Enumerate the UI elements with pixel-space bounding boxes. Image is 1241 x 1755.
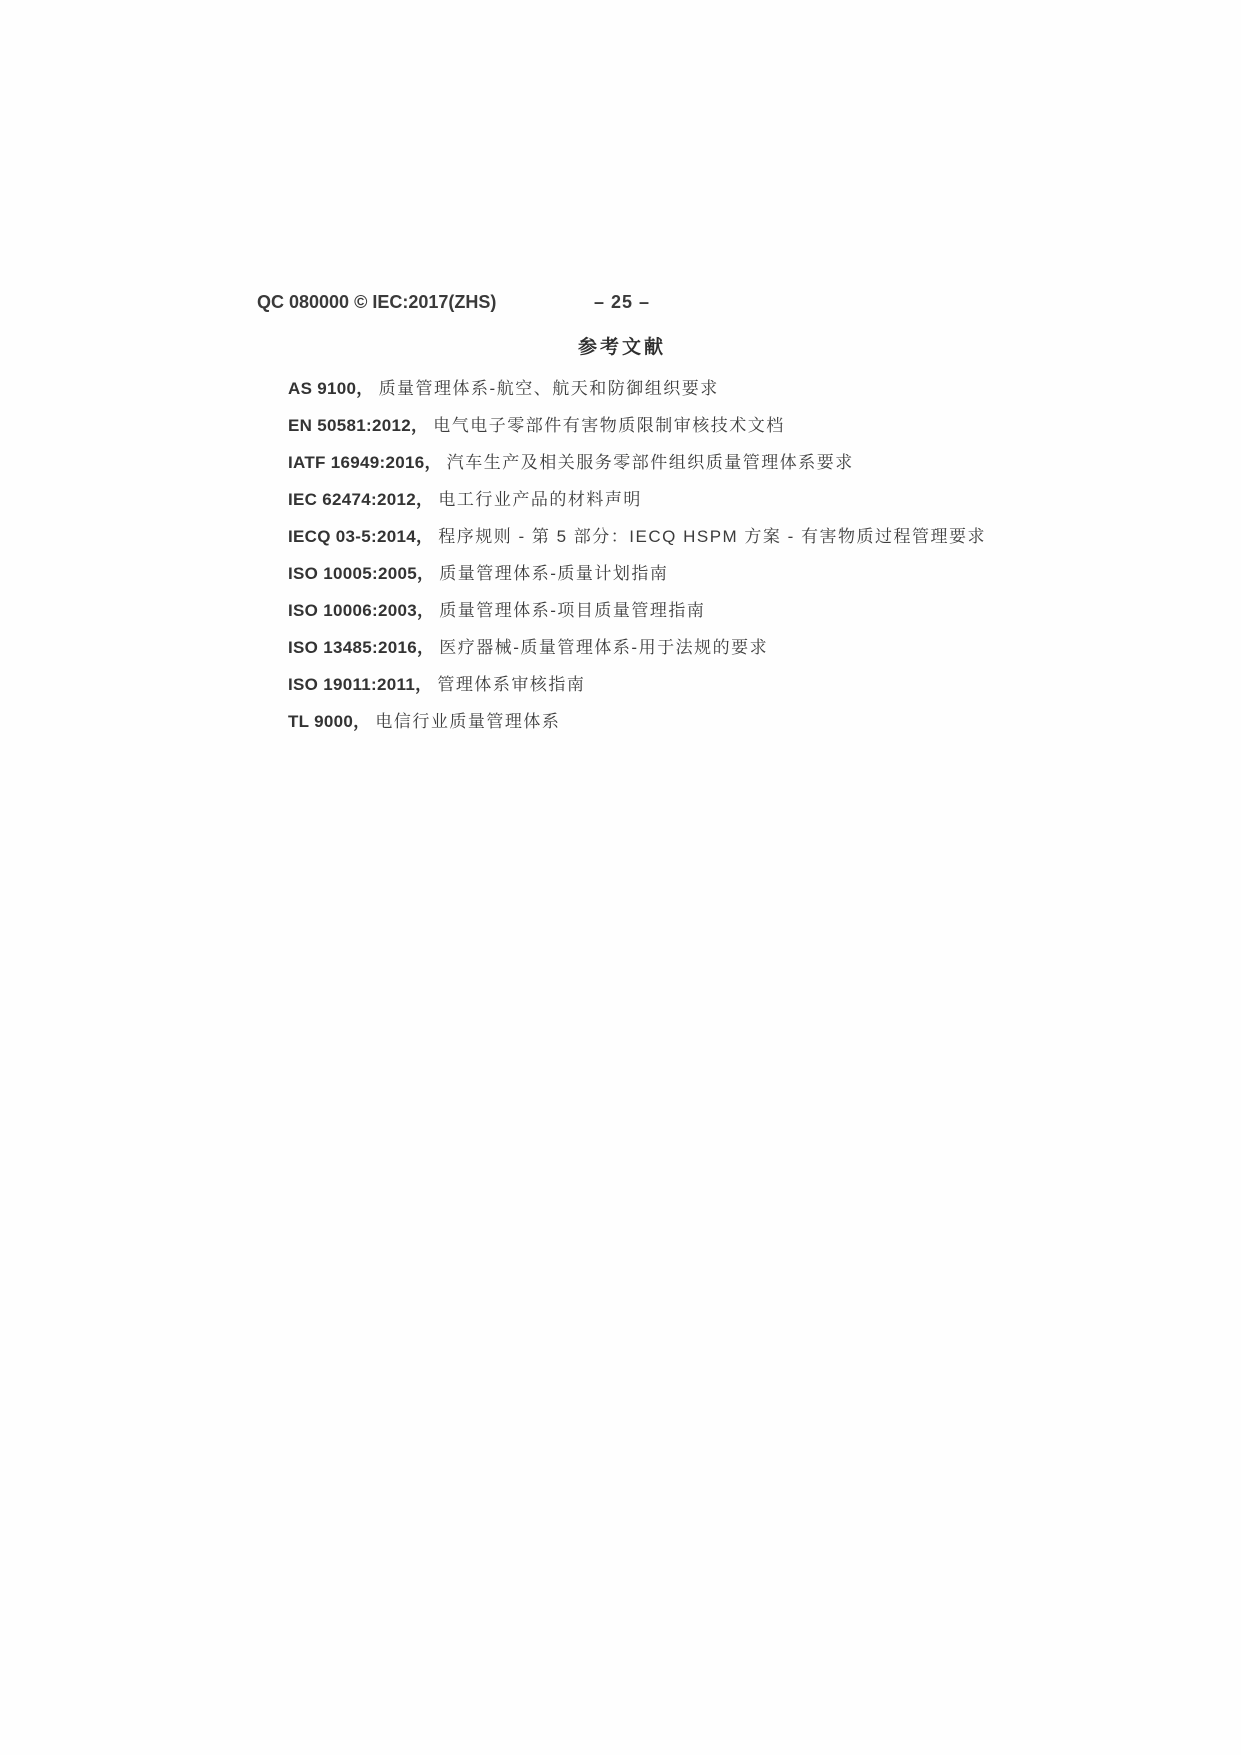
page-number: – 25 – — [257, 291, 987, 313]
reference-designation: ISO 10005:2005， — [288, 564, 434, 583]
reference-item: AS 9100，质量管理体系-航空、航天和防御组织要求 — [288, 370, 1028, 407]
reference-item: IECQ 03-5:2014，程序规则 - 第 5 部分：IECQ HSPM 方… — [288, 518, 1028, 555]
reference-title: 程序规则 - 第 5 部分：IECQ HSPM 方案 - 有害物质过程管理要求 — [438, 527, 986, 546]
reference-designation: IEC 62474:2012， — [288, 490, 433, 509]
reference-item: IEC 62474:2012，电工行业产品的材料声明 — [288, 481, 1028, 518]
reference-designation: ISO 10006:2003， — [288, 601, 434, 620]
reference-item: EN 50581:2012，电气电子零部件有害物质限制审核技术文档 — [288, 407, 1028, 444]
reference-item: ISO 13485:2016，医疗器械-质量管理体系-用于法规的要求 — [288, 629, 1028, 666]
reference-title: 医疗器械-质量管理体系-用于法规的要求 — [439, 638, 768, 657]
reference-designation: ISO 19011:2011， — [288, 675, 432, 694]
reference-list: AS 9100，质量管理体系-航空、航天和防御组织要求 EN 50581:201… — [288, 370, 1028, 740]
reference-title: 质量管理体系-质量计划指南 — [439, 564, 668, 583]
page-header: QC 080000 © IEC:2017(ZHS) – 25 – — [257, 291, 987, 313]
reference-designation: ISO 13485:2016， — [288, 638, 434, 657]
reference-title: 管理体系审核指南 — [437, 675, 585, 694]
section-title: 参考文献 — [257, 337, 987, 359]
reference-title: 电信行业质量管理体系 — [375, 712, 560, 731]
reference-item: ISO 10005:2005，质量管理体系-质量计划指南 — [288, 555, 1028, 592]
reference-designation: IECQ 03-5:2014， — [288, 527, 433, 546]
reference-title: 质量管理体系-航空、航天和防御组织要求 — [379, 379, 719, 398]
reference-designation: EN 50581:2012， — [288, 416, 428, 435]
reference-title: 汽车生产及相关服务零部件组织质量管理体系要求 — [447, 453, 854, 472]
reference-item: ISO 19011:2011，管理体系审核指南 — [288, 666, 1028, 703]
reference-title: 电气电子零部件有害物质限制审核技术文档 — [433, 416, 785, 435]
reference-title: 电工行业产品的材料声明 — [438, 490, 642, 509]
reference-item: ISO 10006:2003，质量管理体系-项目质量管理指南 — [288, 592, 1028, 629]
reference-item: TL 9000，电信行业质量管理体系 — [288, 703, 1028, 740]
reference-designation: TL 9000， — [288, 712, 370, 731]
reference-designation: AS 9100， — [288, 379, 374, 398]
reference-item: IATF 16949:2016，汽车生产及相关服务零部件组织质量管理体系要求 — [288, 444, 1028, 481]
reference-title: 质量管理体系-项目质量管理指南 — [439, 601, 705, 620]
reference-designation: IATF 16949:2016， — [288, 453, 442, 472]
document-page: QC 080000 © IEC:2017(ZHS) – 25 – 参考文献 AS… — [0, 0, 1241, 1755]
